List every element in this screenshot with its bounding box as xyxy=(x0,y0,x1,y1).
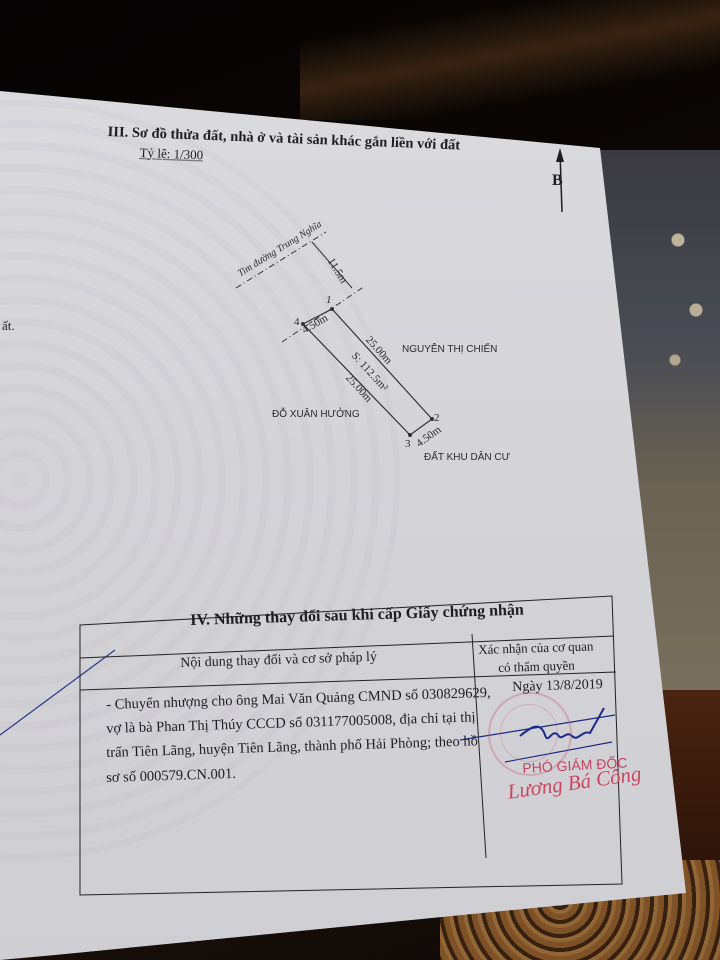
confirmation-date: Ngày 13/8/2019 xyxy=(512,677,603,696)
vertex-2: 2 xyxy=(434,412,440,424)
land-certificate-document: III. Sơ đồ thửa đất, nhà ở và tài sản kh… xyxy=(0,0,720,960)
plot-diagram xyxy=(0,0,720,960)
vertex-1: 1 xyxy=(326,294,332,306)
official-seal-inner xyxy=(500,704,558,762)
neighbor-northeast: NGUYỄN THỊ CHIẾN xyxy=(402,344,497,355)
neighbor-southeast: ĐẤT KHU DÂN CƯ xyxy=(424,452,510,463)
vertex-4: 4 xyxy=(294,316,300,328)
column-header-confirm-line2: có thẩm quyền xyxy=(498,658,575,676)
neighbor-southwest: ĐỖ XUÂN HƯỞNG xyxy=(272,409,360,420)
vertex-3: 3 xyxy=(405,438,411,450)
